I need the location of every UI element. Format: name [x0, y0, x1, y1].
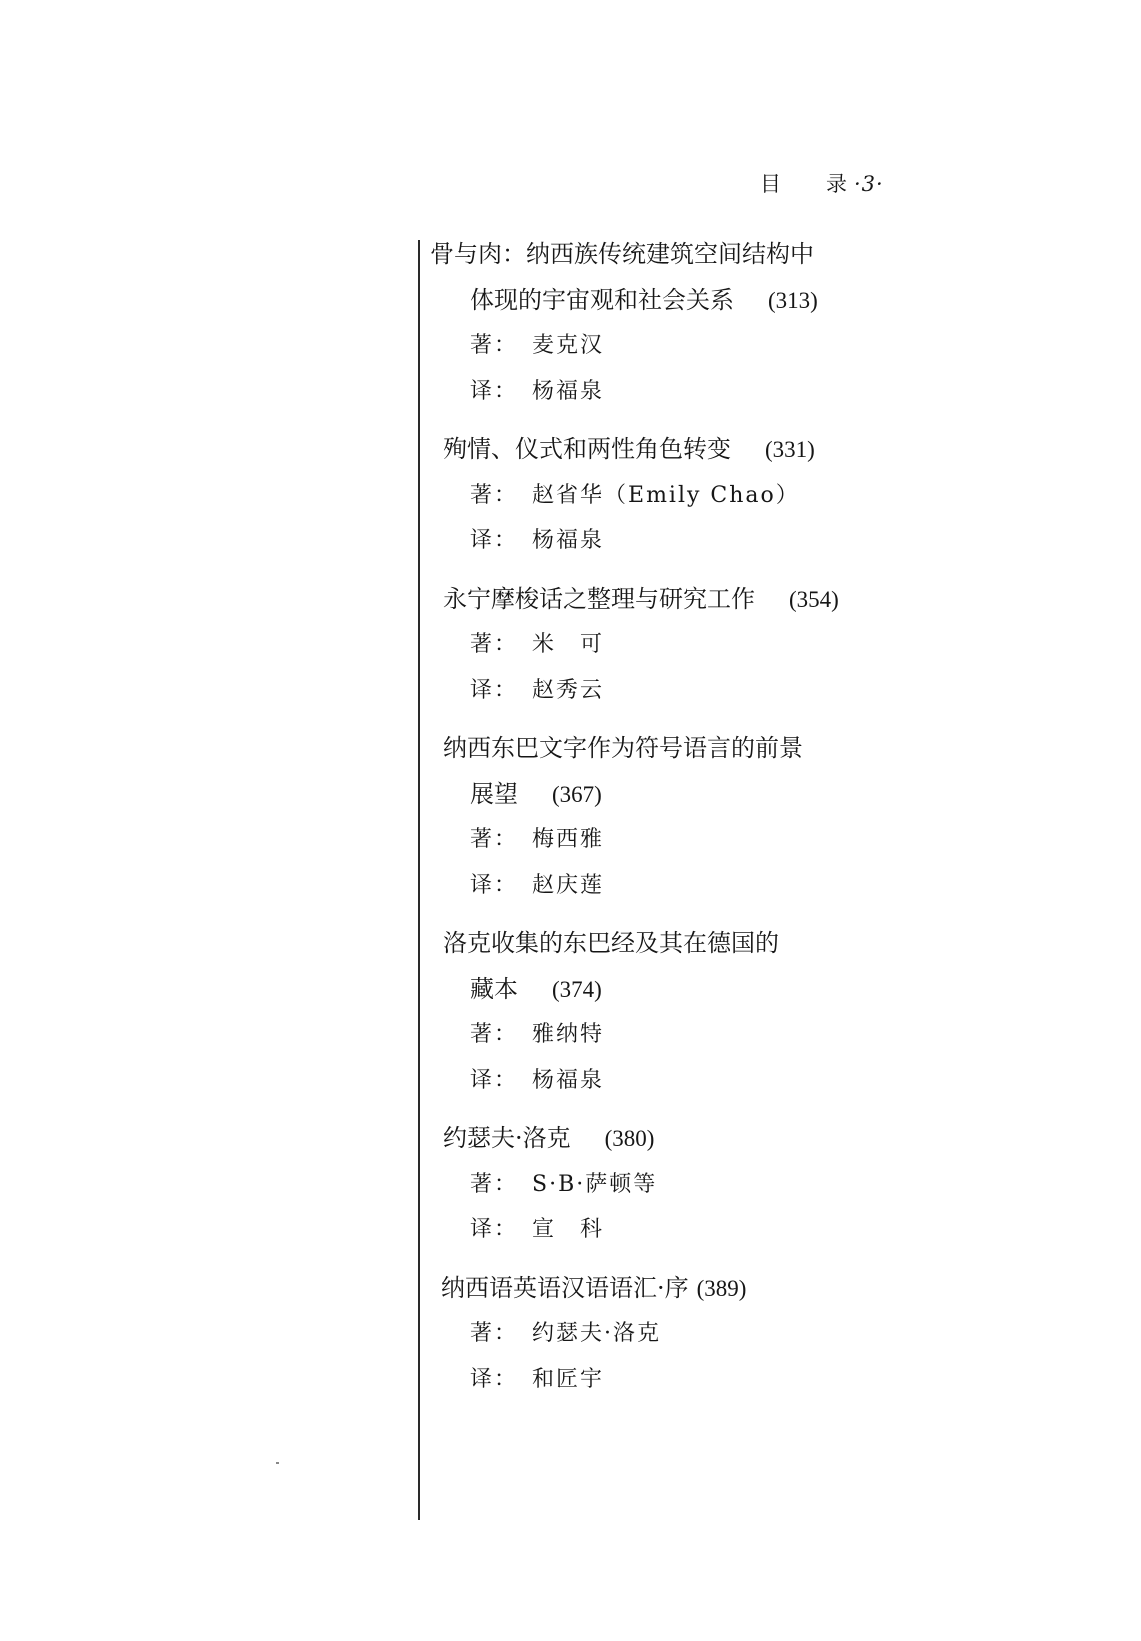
entry-title-cont[interactable]: 体现的宇宙观和社会关系(313) [430, 278, 935, 324]
translator-name: 杨福泉 [532, 379, 604, 404]
author-label: 著： [470, 632, 518, 657]
entry-translator: 译：宣 科 [443, 1207, 935, 1253]
entry-title[interactable]: 纳西东巴文字作为符号语言的前景 [443, 726, 935, 772]
translator-label: 译： [470, 678, 518, 703]
translator-name: 杨福泉 [532, 528, 604, 553]
entry-title-line: 约瑟夫·洛克 [443, 1124, 571, 1152]
entry-page-number: (331) [765, 437, 815, 462]
translator-label: 译： [470, 1217, 518, 1242]
toc-entry[interactable]: 骨与肉：纳西族传统建筑空间结构中 体现的宇宙观和社会关系(313) 著：麦克汉 … [430, 232, 935, 414]
author-label: 著： [470, 1172, 518, 1197]
scan-speck [276, 1462, 279, 1464]
entry-page-number: (367) [552, 782, 602, 807]
toc-entry[interactable]: 殉情、仪式和两性角色转变(331) 著：赵省华（Emily Chao） 译：杨福… [443, 427, 935, 564]
author-label: 著： [470, 333, 518, 358]
translator-label: 译： [470, 873, 518, 898]
header-section-label: 目 [760, 168, 782, 198]
entry-page-number: (354) [789, 587, 839, 612]
toc-entry[interactable]: 洛克收集的东巴经及其在德国的 藏本(374) 著：雅纳特 译：杨福泉 [443, 921, 935, 1103]
translator-label: 译： [470, 379, 518, 404]
entry-translator: 译：赵庆莲 [443, 863, 935, 909]
entry-author: 著：麦克汉 [430, 323, 935, 369]
toc-entry[interactable]: 纳西语英语汉语语汇·序(389) 著：约瑟夫·洛克 译：和匠宇 [441, 1266, 935, 1403]
entry-title-line: 殉情、仪式和两性角色转变 [443, 435, 731, 463]
translator-name: 和匠宇 [532, 1367, 604, 1392]
toc-entry[interactable]: 纳西东巴文字作为符号语言的前景 展望(367) 著：梅西雅 译：赵庆莲 [443, 726, 935, 908]
entry-title-line: 纳西东巴文字作为符号语言的前景 [443, 734, 803, 762]
entry-title[interactable]: 骨与肉：纳西族传统建筑空间结构中 [430, 232, 935, 278]
entry-author: 著：梅西雅 [443, 817, 935, 863]
author-name: 约瑟夫·洛克 [532, 1321, 661, 1346]
entry-title-line: 体现的宇宙观和社会关系 [470, 286, 734, 314]
translator-name: 杨福泉 [532, 1068, 604, 1093]
translator-label: 译： [470, 528, 518, 553]
entry-title-line: 骨与肉：纳西族传统建筑空间结构中 [430, 240, 814, 268]
entry-translator: 译：杨福泉 [443, 1058, 935, 1104]
entry-translator: 译：赵秀云 [443, 668, 935, 714]
entry-author: 著：约瑟夫·洛克 [441, 1311, 935, 1357]
entry-title-line: 纳西语英语汉语语汇·序 [441, 1274, 689, 1302]
author-name: 赵省华（Emily Chao） [532, 483, 800, 508]
author-name: S·B·萨顿等 [532, 1172, 657, 1197]
author-name: 米 可 [532, 632, 604, 657]
toc-entry[interactable]: 约瑟夫·洛克(380) 著：S·B·萨顿等 译：宣 科 [443, 1116, 935, 1253]
entry-page-number: (313) [768, 288, 818, 313]
author-label: 著： [470, 1022, 518, 1047]
translator-name: 赵庆莲 [532, 873, 604, 898]
running-header: 目录·3· [760, 168, 884, 198]
entry-title[interactable]: 纳西语英语汉语语汇·序(389) [441, 1266, 935, 1312]
author-name: 梅西雅 [532, 827, 604, 852]
entry-author: 著：赵省华（Emily Chao） [443, 473, 935, 519]
author-label: 著： [470, 827, 518, 852]
entry-title-line: 藏本 [470, 975, 518, 1003]
translator-name: 宣 科 [532, 1217, 604, 1242]
entry-title[interactable]: 约瑟夫·洛克(380) [443, 1116, 935, 1162]
entry-title-cont[interactable]: 展望(367) [443, 772, 935, 818]
entry-author: 著：S·B·萨顿等 [443, 1162, 935, 1208]
page-number: ·3· [854, 172, 884, 196]
entry-title-line: 洛克收集的东巴经及其在德国的 [443, 929, 779, 957]
translator-label: 译： [470, 1367, 518, 1392]
vertical-rule [418, 240, 420, 1520]
entry-page-number: (380) [605, 1126, 655, 1151]
header-section-label-2: 录 [826, 168, 848, 198]
entry-author: 著：米 可 [443, 622, 935, 668]
translator-name: 赵秀云 [532, 678, 604, 703]
entry-title[interactable]: 洛克收集的东巴经及其在德国的 [443, 921, 935, 967]
author-label: 著： [470, 1321, 518, 1346]
table-of-contents: 骨与肉：纳西族传统建筑空间结构中 体现的宇宙观和社会关系(313) 著：麦克汉 … [455, 232, 935, 1415]
toc-entry[interactable]: 永宁摩梭话之整理与研究工作(354) 著：米 可 译：赵秀云 [443, 577, 935, 714]
entry-page-number: (374) [552, 977, 602, 1002]
entry-title-line: 展望 [470, 780, 518, 808]
entry-title-line: 永宁摩梭话之整理与研究工作 [443, 585, 755, 613]
entry-author: 著：雅纳特 [443, 1012, 935, 1058]
entry-title-cont[interactable]: 藏本(374) [443, 967, 935, 1013]
entry-page-number: (389) [697, 1276, 747, 1301]
entry-title[interactable]: 殉情、仪式和两性角色转变(331) [443, 427, 935, 473]
author-name: 雅纳特 [532, 1022, 604, 1047]
entry-title[interactable]: 永宁摩梭话之整理与研究工作(354) [443, 577, 935, 623]
entry-translator: 译：杨福泉 [430, 369, 935, 415]
author-name: 麦克汉 [532, 333, 604, 358]
entry-translator: 译：杨福泉 [443, 518, 935, 564]
translator-label: 译： [470, 1068, 518, 1093]
entry-translator: 译：和匠宇 [441, 1357, 935, 1403]
author-label: 著： [470, 483, 518, 508]
